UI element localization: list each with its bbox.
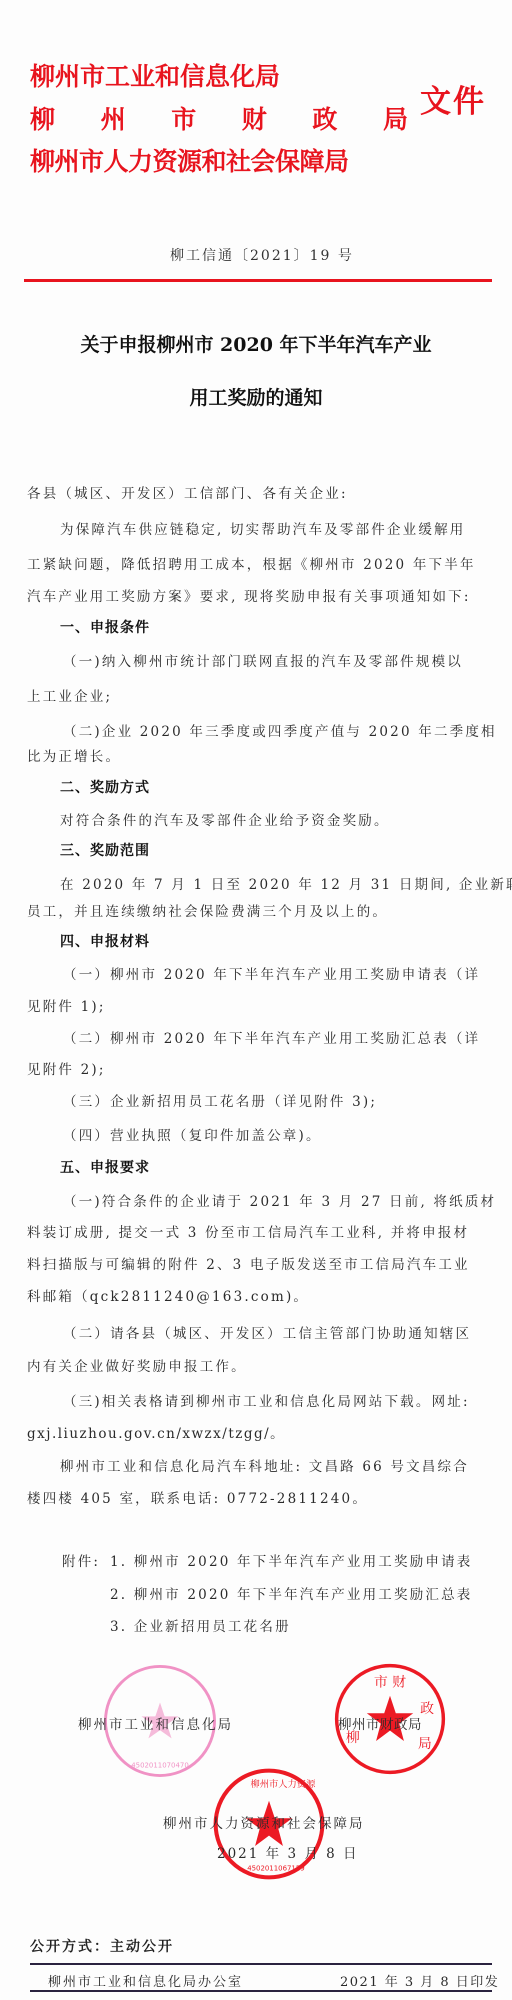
section-heading: 一、申报条件 xyxy=(60,617,150,637)
section-line: 见附件 1); xyxy=(27,995,106,1015)
section-line: 科邮箱（qck2811240@163.com)。 xyxy=(27,1285,309,1305)
issuer-line-1: 柳州市工业和信息化局 xyxy=(30,57,280,93)
issuer-line-2-char: 柳 xyxy=(30,100,55,136)
footer-rule-bottom xyxy=(30,1990,492,1992)
section-line: 见附件 2); xyxy=(27,1058,106,1078)
intro-line: 工紧缺问题，降低招聘用工成本，根据《柳州市 2020 年下半年 xyxy=(27,553,476,573)
svg-text:政: 政 xyxy=(420,1701,434,1717)
issue-date: 2021 年 3 月 8 日印发 xyxy=(340,1971,499,1990)
svg-text:市 财: 市 财 xyxy=(374,1674,406,1691)
footer-rule-top xyxy=(30,1963,492,1965)
signature-hr-bureau: 柳州市人力资源和社会保障局 xyxy=(163,1812,365,1832)
attachments-label: 附件: xyxy=(62,1550,100,1570)
issuing-office: 柳州市工业和信息化局办公室 xyxy=(48,1971,243,1990)
document-suffix: 文件 xyxy=(420,76,486,121)
section-line: 员工，并且连续缴纳社会保险费满三个月及以上的。 xyxy=(27,900,388,920)
section-line: （一)纳入柳州市统计部门联网直报的汽车及零部件规模以 xyxy=(63,650,463,670)
page-title-line-2: 用工奖励的通知 xyxy=(0,383,512,410)
svg-text:局: 局 xyxy=(418,1736,432,1752)
svg-text:柳州市人力资源: 柳州市人力资源 xyxy=(250,1778,316,1790)
section-line: （一）柳州市 2020 年下半年汽车产业用工奖励申请表（详 xyxy=(63,963,480,983)
svg-text:4502011067159: 4502011067159 xyxy=(247,1864,305,1872)
document-number: 柳工信通〔2021〕19 号 xyxy=(170,245,354,265)
attachment-item: 1. 柳州市 2020 年下半年汽车产业用工奖励申请表 xyxy=(110,1550,473,1570)
website-url: gxj.liuzhou.gov.cn/xwzx/tzgg/。 xyxy=(27,1422,285,1442)
svg-text:4502011070470: 4502011070470 xyxy=(131,1761,189,1769)
attachment-item: 2. 柳州市 2020 年下半年汽车产业用工奖励汇总表 xyxy=(110,1583,473,1603)
section-line: 对符合条件的汽车及零部件企业给予资金奖励。 xyxy=(60,809,390,829)
issuer-line-2-char: 州 xyxy=(101,100,126,136)
issuer-line-2-char: 政 xyxy=(312,100,337,136)
section-heading: 二、奖励方式 xyxy=(60,777,150,797)
section-line: 料装订成册, 提交一式 3 份至市工信局汽车工业科, 并将申报材 xyxy=(27,1221,469,1241)
section-line: （三）企业新招用员工花名册（详见附件 3); xyxy=(63,1090,377,1110)
section-line: （二）请各县（城区、开发区）工信主管部门协助通知辖区 xyxy=(63,1322,471,1342)
signature-date: 2021 年 3 月 8 日 xyxy=(217,1842,359,1862)
section-heading: 三、奖励范围 xyxy=(60,840,150,860)
section-line: 在 2020 年 7 月 1 日至 2020 年 12 月 31 日期间, 企业… xyxy=(60,873,512,893)
section-line: 柳州市工业和信息化局汽车科地址: 文昌路 66 号文昌综合 xyxy=(60,1455,469,1475)
section-line: 上工业企业; xyxy=(27,685,112,705)
section-heading: 四、申报材料 xyxy=(60,931,150,951)
attachment-item: 3. 企业新招用员工花名册 xyxy=(110,1615,291,1635)
contact-line: 楼四楼 405 室，联系电话: 0772-2811240。 xyxy=(27,1487,368,1507)
section-heading: 五、申报要求 xyxy=(60,1157,150,1177)
salutation: 各县（城区、开发区）工信部门、各有关企业: xyxy=(27,482,348,502)
page-title-line-1: 关于申报柳州市 2020 年下半年汽车产业 xyxy=(0,330,512,357)
intro-line: 汽车产业用工奖励方案》要求, 现将奖励申报有关事项通知如下: xyxy=(27,585,471,605)
issuer-line-2-char: 局 xyxy=(383,100,408,136)
section-line: 内有关企业做好奖励申报工作。 xyxy=(27,1355,247,1375)
issuer-line-3: 柳州市人力资源和社会保障局 xyxy=(30,142,349,178)
signature-industry-bureau: 柳州市工业和信息化局 xyxy=(78,1713,233,1733)
issuer-line-2-char: 财 xyxy=(242,100,267,136)
section-line: 料扫描版与可编辑的附件 2、3 电子版发送至市工信局汽车工业 xyxy=(27,1253,470,1273)
section-line: （一)符合条件的企业请于 2021 年 3 月 27 日前, 将纸质材 xyxy=(63,1190,496,1210)
issuer-line-2-char: 市 xyxy=(171,100,196,136)
disclosure-method: 公开方式：主动公开 xyxy=(30,1936,174,1956)
intro-line: 为保障汽车供应链稳定, 切实帮助汽车及零部件企业缓解用 xyxy=(60,518,465,538)
section-line: （二)企业 2020 年三季度或四季度产值与 2020 年二季度相 xyxy=(63,720,497,740)
red-divider xyxy=(24,279,492,282)
section-line: （四）营业执照（复印件加盖公章)。 xyxy=(63,1124,322,1144)
signature-finance-bureau: 柳州市财政局 xyxy=(338,1713,422,1733)
section-line: 比为正增长。 xyxy=(27,745,121,765)
section-line: （二）柳州市 2020 年下半年汽车产业用工奖励汇总表（详 xyxy=(63,1027,480,1047)
section-line: （三)相关表格请到柳州市工业和信息化局网站下载。网址: xyxy=(63,1390,470,1410)
issuer-line-2: 柳 州 市 财 政 局 xyxy=(30,100,408,136)
